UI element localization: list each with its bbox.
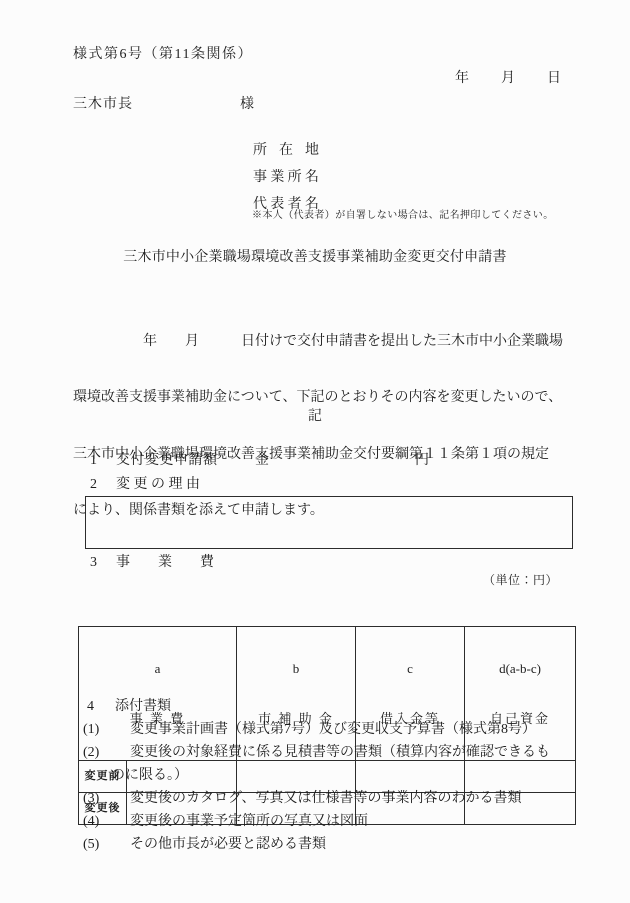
section1-number: 1 — [90, 453, 97, 470]
addressee: 三木市長 — [73, 97, 133, 114]
column-header-c: c 借入金等 — [356, 626, 465, 761]
section4-label: 添付書類 — [115, 699, 171, 716]
section3-number: 3 — [90, 555, 97, 572]
amount-prefix: 金 — [255, 453, 269, 470]
addressee-honorific: 様 — [240, 97, 254, 114]
date-day-label: 日 — [547, 71, 561, 88]
document-page: 様式第6号（第11条関係） 年 月 日 三木市長 様 所在地 事業所名 代表者名… — [0, 0, 630, 903]
attachment-1-text: 変更事業計画書（様式第7号）及び変更収支予算書（様式第8号） — [130, 722, 536, 739]
attachment-3-text: 変更後のカタログ、写真又は仕様書等の事業内容のわかる書類 — [130, 791, 521, 808]
form-number: 様式第6号（第11条関係） — [73, 47, 253, 64]
column-letter-b: b — [237, 660, 355, 677]
column-letter-d: d(a-b-c) — [465, 660, 575, 677]
attachment-3-number: (3) — [83, 791, 99, 808]
section4-number: 4 — [87, 699, 94, 716]
cell-before-c — [356, 761, 465, 793]
signature-note: ※本人（代表者）が自署しない場合は、記名押印してください。 — [252, 210, 554, 222]
date-line: 年 月 日 — [455, 71, 561, 88]
column-header-a: a 事 業 費 — [79, 626, 237, 761]
section1-label: 交付変更申請額 — [116, 453, 218, 470]
field-label-address: 所在地 — [253, 143, 319, 160]
reason-box — [85, 496, 573, 549]
unit-note: （単位：円） — [483, 573, 558, 587]
body-line: 年 月 日付けで交付申請書を提出した三木市中小企業職場 — [73, 334, 563, 357]
attachment-5-number: (5) — [83, 837, 99, 854]
section3-label: 事 業 費 — [116, 555, 214, 572]
column-letter-a: a — [79, 660, 236, 677]
column-letter-c: c — [356, 660, 464, 677]
cell-before-d — [465, 761, 576, 793]
cell-before-b — [237, 761, 356, 793]
record-mark: 記 — [0, 409, 630, 426]
attachment-4-text: 変更後の事業予定箇所の写真又は図面 — [130, 814, 368, 831]
document-title: 三木市中小企業職場環境改善支援事業補助金変更交付申請書 — [0, 250, 630, 267]
attachment-2-text-continuation: のに限る。） — [111, 768, 188, 785]
attachment-2-text: 変更後の対象経費に係る見積書等の書類（積算内容が確認できるも — [130, 745, 550, 762]
amount-suffix: 円 — [415, 453, 429, 470]
table-header-row: a 事 業 費 b 市 補 助 金 c 借入金等 d(a-b-c) 自己資金 — [79, 626, 576, 761]
column-header-b: b 市 補 助 金 — [237, 626, 356, 761]
attachment-4-number: (4) — [83, 814, 99, 831]
section2-number: 2 — [90, 477, 97, 494]
attachment-5-text: その他市長が必要と認める書類 — [130, 837, 326, 854]
section2-label: 変 更 の 理 由 — [116, 477, 200, 494]
column-header-d: d(a-b-c) 自己資金 — [465, 626, 576, 761]
attachment-1-number: (1) — [83, 722, 99, 739]
date-year-label: 年 — [455, 71, 469, 88]
attachment-2-number: (2) — [83, 745, 99, 762]
date-month-label: 月 — [501, 71, 515, 88]
field-label-business-name: 事業所名 — [253, 170, 319, 187]
